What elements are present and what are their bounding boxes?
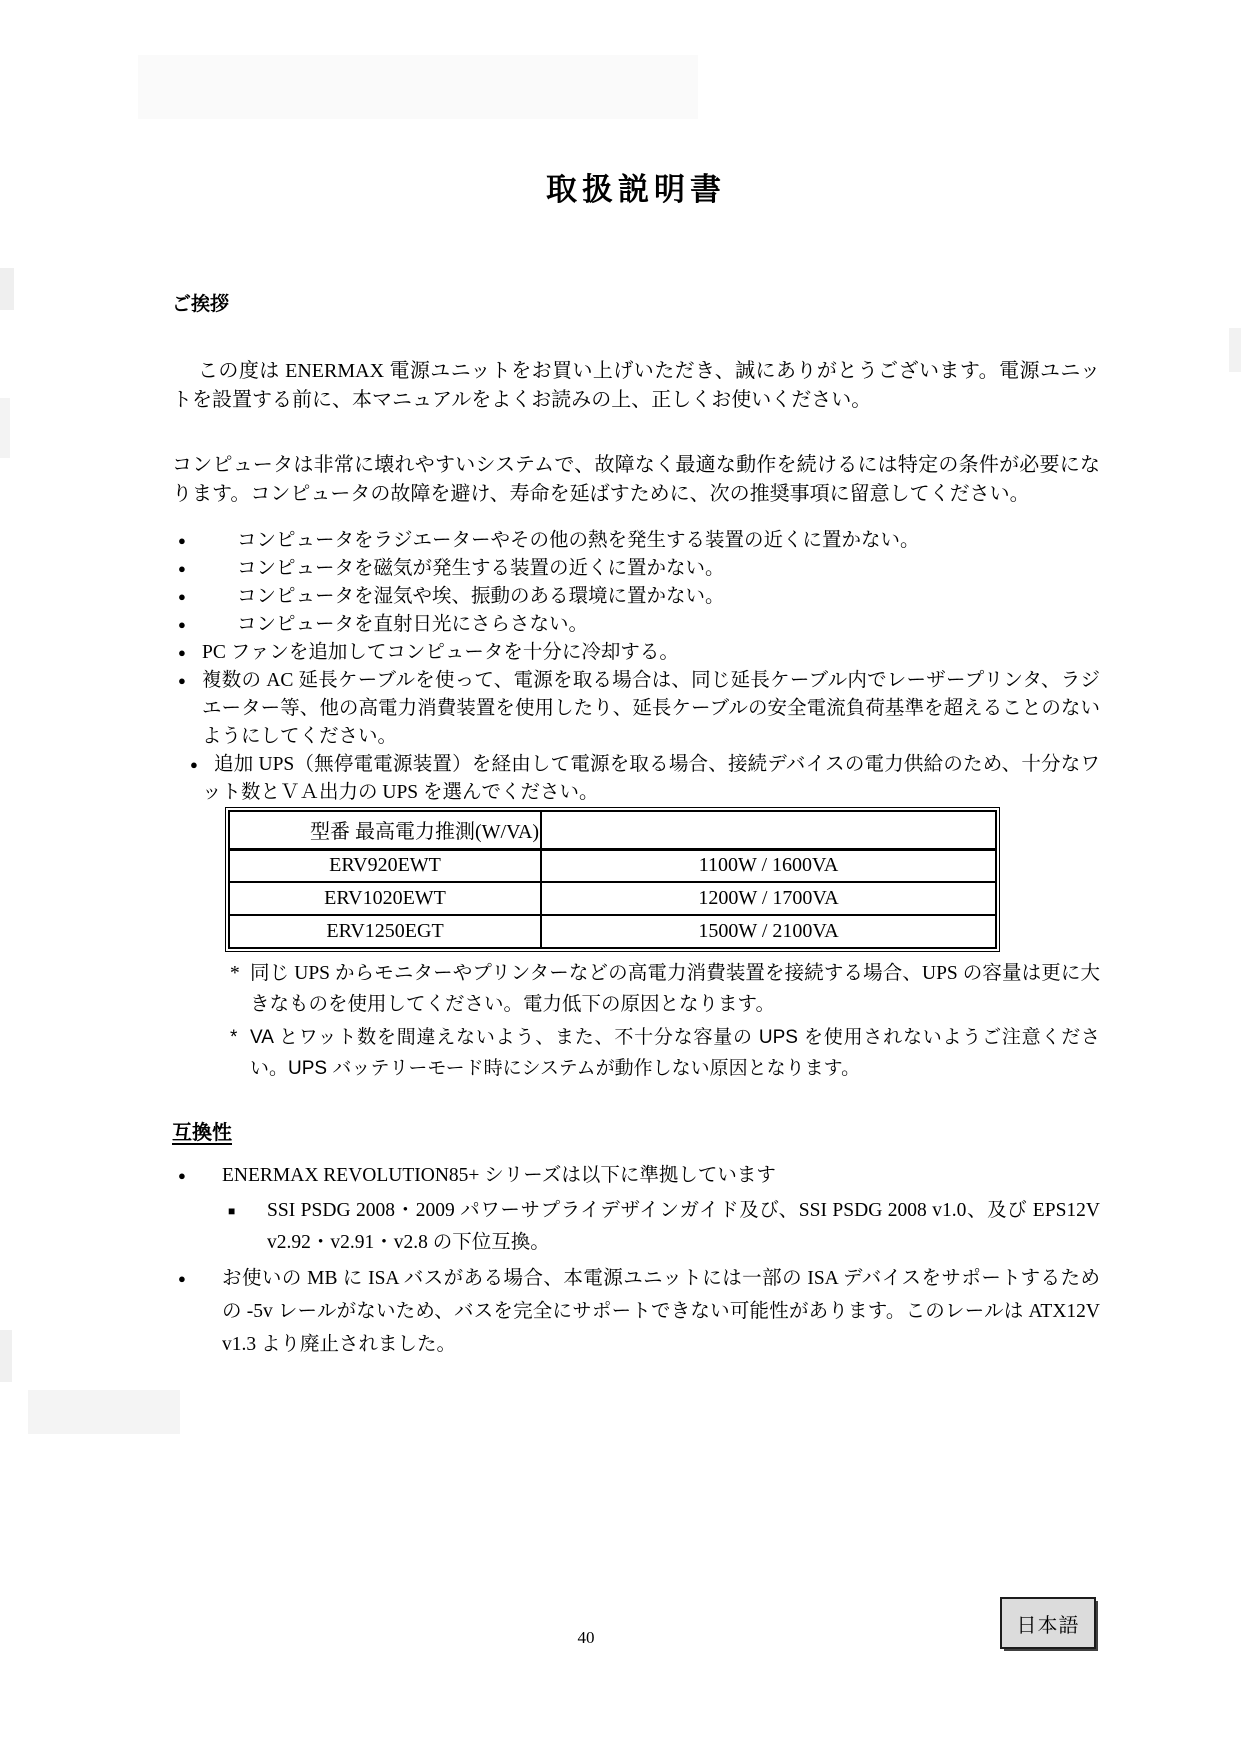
compatibility-subitem: ■ SSI PSDG 2008・2009 パワーサプライデザインガイド及び、SS… <box>172 1195 1100 1259</box>
table-row: ERV920EWT 1100W / 1600VA <box>229 849 996 882</box>
footnote: * 同じ UPS からモニターやプリンターなどの高電力消費装置を接続する場合、U… <box>172 958 1100 1020</box>
scan-artifact <box>0 398 10 458</box>
manual-page: 取扱説明書 ご挨拶 この度は ENERMAX 電源ユニットをお買い上げいただき、… <box>0 0 1241 1754</box>
compatibility-item: ● ENERMAX REVOLUTION85+ シリーズは以下に準拠しています <box>172 1159 1100 1192</box>
page-number: 40 <box>536 1628 636 1648</box>
power-cell: 1500W / 2100VA <box>541 915 996 948</box>
bullet-dot-icon: ● <box>178 555 186 583</box>
power-cell: 1200W / 1700VA <box>541 882 996 915</box>
compatibility-heading: 互換性 <box>172 1120 1100 1147</box>
bullet-dot-icon: ● <box>178 751 198 779</box>
page-content: 取扱説明書 ご挨拶 この度は ENERMAX 電源ユニットをお買い上げいただき、… <box>172 0 1100 1361</box>
bullet-dot-icon: ● <box>178 1262 186 1295</box>
table-row: ERV1020EWT 1200W / 1700VA <box>229 882 996 915</box>
recommendation-text: 追加 UPS（無停電電源装置）を経由して電源を取る場合、接続デバイスの電力供給の… <box>202 754 1100 803</box>
scan-artifact <box>0 1330 12 1382</box>
recommendation-item: ● コンピュータを直射日光にさらさない。 <box>172 611 1100 639</box>
bullet-dot-icon: ● <box>178 611 186 639</box>
compatibility-list: ● ENERMAX REVOLUTION85+ シリーズは以下に準拠しています … <box>172 1159 1100 1361</box>
bullet-dot-icon: ● <box>178 583 186 611</box>
recommendation-item: ● 複数の AC 延長ケーブルを使って、電源を取る場合は、同じ延長ケーブル内でレ… <box>172 667 1100 751</box>
bullet-dot-icon: ● <box>178 639 186 667</box>
compatibility-text: SSI PSDG 2008・2009 パワーサプライデザインガイド及び、SSI … <box>267 1200 1100 1253</box>
scan-artifact <box>1229 328 1241 372</box>
table-row: ERV1250EGT 1500W / 2100VA <box>229 915 996 948</box>
recommendation-item: ● PC ファンを追加してコンピュータを十分に冷却する。 <box>172 639 1100 667</box>
power-cell: 1100W / 1600VA <box>541 849 996 882</box>
page-title: 取扱説明書 <box>172 170 1100 210</box>
table-header-spacer <box>541 811 996 849</box>
footnote-text: 同じ UPS からモニターやプリンターなどの高電力消費装置を接続する場合、UPS… <box>250 963 1100 1015</box>
recommendation-text: PC ファンを追加してコンピュータを十分に冷却する。 <box>202 642 679 663</box>
ups-capacity-table: 型番 最高電力推測(W/VA) ERV920EWT 1100W / 1600VA… <box>225 807 1000 952</box>
footnote-text: VA とワット数を間違えないよう、また、不十分な容量の UPS を使用されないよ… <box>250 1027 1100 1079</box>
compatibility-text: ENERMAX REVOLUTION85+ シリーズは以下に準拠しています <box>222 1165 776 1186</box>
footnote: * VA とワット数を間違えないよう、また、不十分な容量の UPS を使用されな… <box>172 1022 1100 1084</box>
recommendations-list: ● コンピュータをラジエーターやその他の熱を発生する装置の近くに置かない。 ● … <box>172 527 1100 807</box>
recommendation-item: ● コンピュータを磁気が発生する装置の近くに置かない。 <box>172 555 1100 583</box>
model-cell: ERV920EWT <box>229 849 541 882</box>
recommendation-text: 複数の AC 延長ケーブルを使って、電源を取る場合は、同じ延長ケーブル内でレーザ… <box>202 670 1100 747</box>
bullet-dot-icon: ● <box>178 667 186 695</box>
recommendation-item: ● 追加 UPS（無停電電源装置）を経由して電源を取る場合、接続デバイスの電力供… <box>172 751 1100 807</box>
recommendation-text: コンピュータを直射日光にさらさない。 <box>237 614 588 635</box>
model-cell: ERV1020EWT <box>229 882 541 915</box>
table-header-model-power: 型番 最高電力推測(W/VA) <box>229 811 541 849</box>
bullet-dot-icon: ● <box>178 1159 186 1192</box>
bullet-dot-icon: ● <box>178 527 186 555</box>
asterisk-marker: * <box>230 1022 237 1053</box>
footnotes: * 同じ UPS からモニターやプリンターなどの高電力消費装置を接続する場合、U… <box>172 958 1100 1084</box>
scan-artifact <box>0 268 14 310</box>
model-cell: ERV1250EGT <box>229 915 541 948</box>
table-header-row: 型番 最高電力推測(W/VA) <box>229 811 996 849</box>
recommendation-text: コンピュータを湿気や埃、振動のある環境に置かない。 <box>237 586 725 607</box>
asterisk-marker: * <box>230 958 240 989</box>
bullet-square-icon: ■ <box>228 1195 235 1227</box>
recommendation-text: コンピュータを磁気が発生する装置の近くに置かない。 <box>237 558 725 579</box>
caution-paragraph: コンピュータは非常に壊れやすいシステムで、故障なく最適な動作を続けるには特定の条… <box>172 451 1100 509</box>
recommendation-item: ● コンピュータをラジエーターやその他の熱を発生する装置の近くに置かない。 <box>172 527 1100 555</box>
language-badge: 日本語 <box>1000 1597 1096 1649</box>
recommendation-item: ● コンピュータを湿気や埃、振動のある環境に置かない。 <box>172 583 1100 611</box>
scan-artifact <box>28 1390 180 1434</box>
compatibility-text: お使いの MB に ISA バスがある場合、本電源ユニットには一部の ISA デ… <box>222 1268 1100 1355</box>
recommendation-text: コンピュータをラジエーターやその他の熱を発生する装置の近くに置かない。 <box>237 530 920 551</box>
ups-table: 型番 最高電力推測(W/VA) ERV920EWT 1100W / 1600VA… <box>228 810 997 949</box>
compatibility-item: ● お使いの MB に ISA バスがある場合、本電源ユニットには一部の ISA… <box>172 1262 1100 1361</box>
greeting-heading: ご挨拶 <box>172 292 1100 318</box>
intro-paragraph: この度は ENERMAX 電源ユニットをお買い上げいただき、誠にありがとうござい… <box>172 357 1100 415</box>
